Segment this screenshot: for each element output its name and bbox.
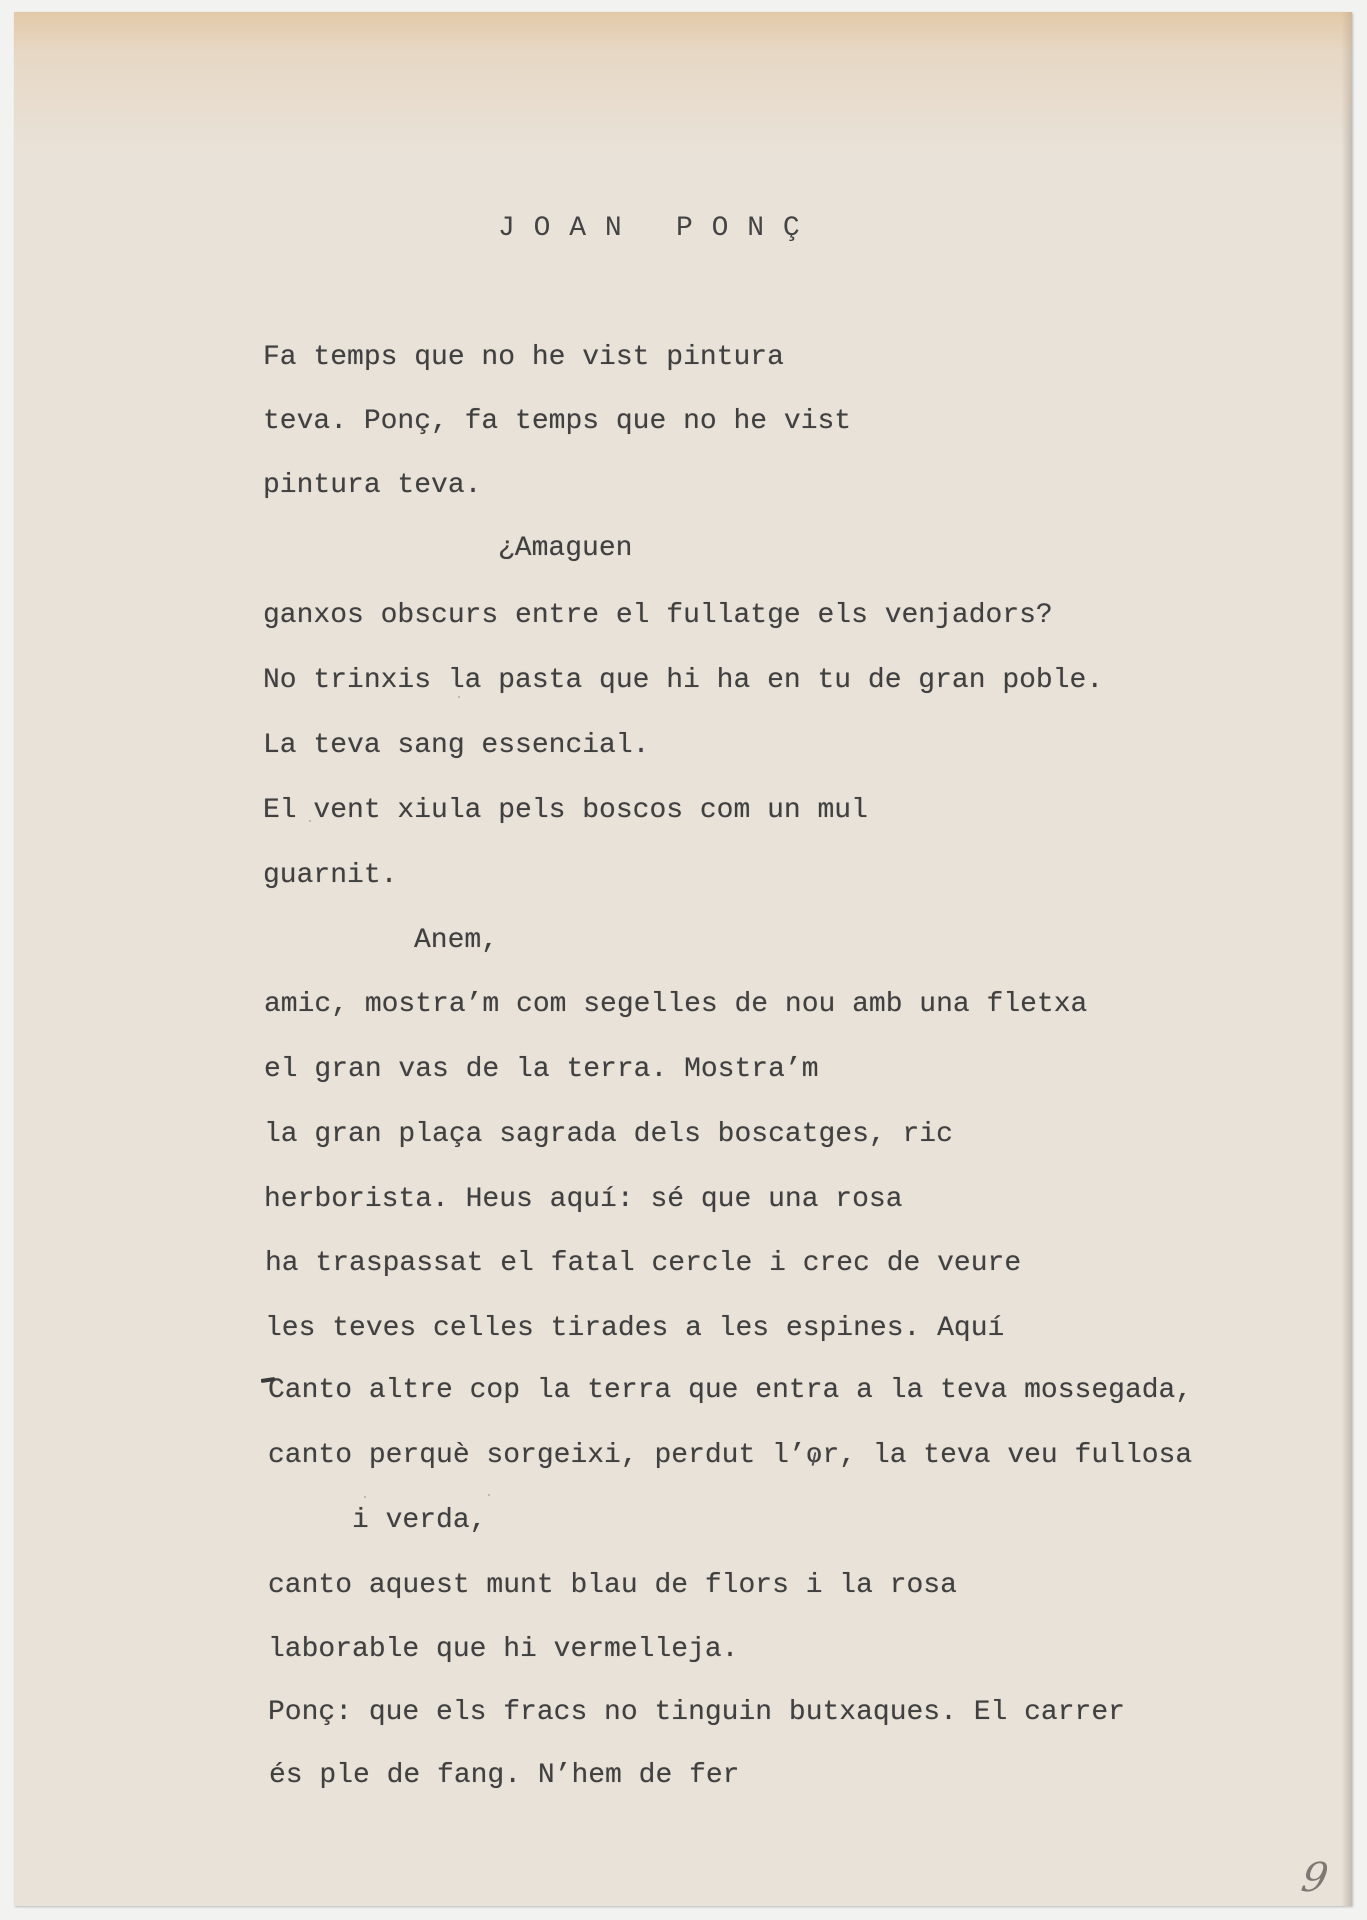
poem-line: Ponç: que els fracs no tinguin butxaques… [268,1699,1125,1727]
poem-line: les teves celles tirades a les espines. … [265,1315,1004,1343]
poem-line: teva. Ponç, fa temps que no he vist [263,408,851,436]
poem-line: i verda, [352,1507,486,1535]
poem-line: La teva sang essencial. [263,732,649,760]
poem-title: J O A N P O N Ç [498,215,801,243]
poem-line: Fa temps que no he vist pintura [263,344,784,372]
poem-line: Anem, [414,927,498,955]
poem-line: canto aquest munt blau de flors i la ros… [268,1572,957,1600]
paper-speck [488,1494,490,1496]
poem-line: laborable que hi vermelleja. [268,1636,738,1664]
paper-speck [309,820,311,822]
poem-line: el gran vas de la terra. Mostra’m [264,1056,819,1084]
poem-line: Canto altre cop la terra que entra a la … [268,1377,1192,1405]
paper-speck [458,696,460,698]
poem-line: pintura teva. [263,472,481,500]
poem-line: amic, mostra’m com segelles de nou amb u… [264,991,1087,1019]
poem-line: ¿Amaguen [498,535,632,563]
poem-line: No trinxis la pasta que hi ha en tu de g… [263,667,1103,695]
poem-line: ha traspassat el fatal cercle i crec de … [265,1250,1021,1278]
poem-line: guarnit. [263,862,397,890]
typewritten-page [14,12,1352,1906]
poem-line: és ple de fang. N’hem de fer [269,1762,739,1790]
poem-line: canto perquè sorgeixi, perdut l’or, la t… [268,1442,1192,1470]
poem-line: El vent xiula pels boscos com un mul [263,797,868,825]
poem-line: herborista. Heus aquí: sé que una rosa [264,1186,903,1214]
paper-speck [364,1496,366,1498]
poem-line: la gran plaça sagrada dels boscatges, ri… [264,1121,953,1149]
poem-line: ganxos obscurs entre el fullatge els ven… [263,602,1053,630]
